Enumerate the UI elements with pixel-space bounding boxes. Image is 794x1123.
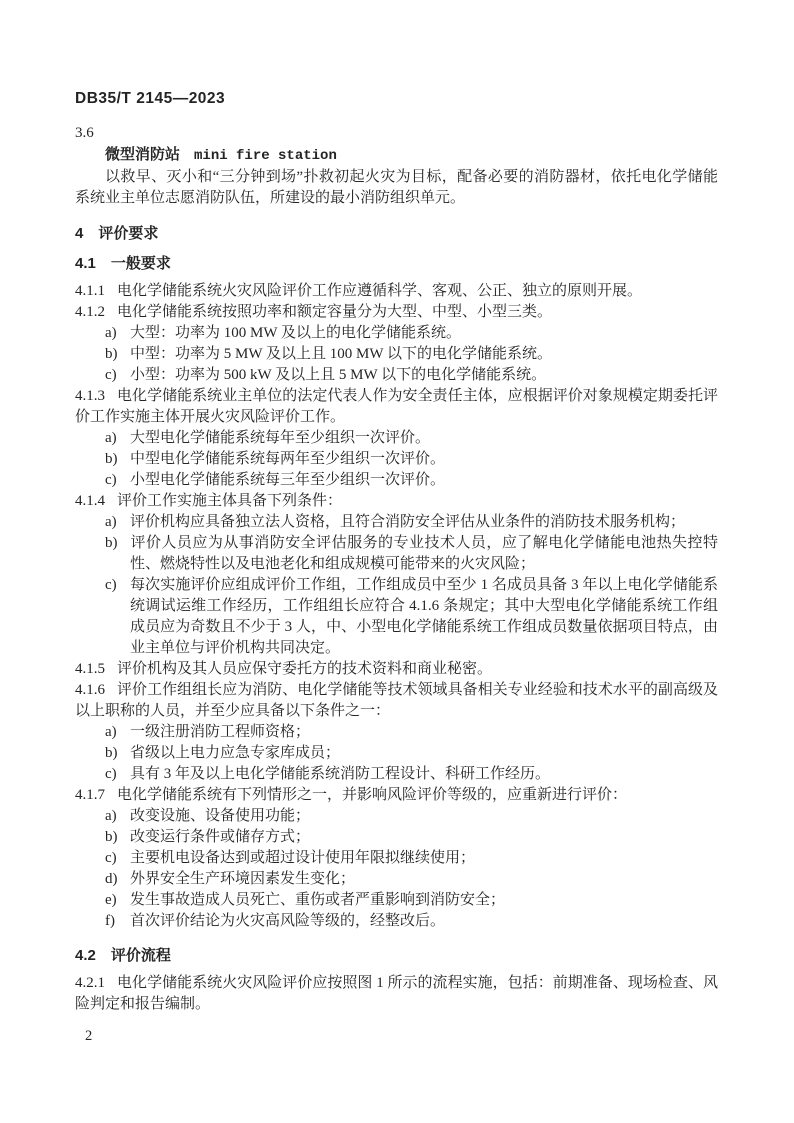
clause-number: 4.1.2 <box>75 304 105 320</box>
item-letter: f) <box>105 911 130 932</box>
term-definition: 以救早、灭小和“三分钟到场”扑救初起火灾为目标，配备必要的消防器材，依托电化学储… <box>75 167 718 209</box>
section-title: 评价流程 <box>111 947 171 964</box>
clause-text: 评价工作组组长应为消防、电化学储能等技术领域具备相关专业经验和技术水平的副高级及… <box>75 682 718 719</box>
item-text: 外界安全生产环境因素发生变化； <box>130 871 355 887</box>
item-letter: d) <box>105 869 130 890</box>
item-letter: b) <box>105 827 130 848</box>
clause-4-1-3: 4.1.3电化学储能系统业主单位的法定代表人作为安全责任主体，应根据评价对象规模… <box>75 386 718 428</box>
clause-number: 4.1.3 <box>75 388 105 404</box>
clause-number: 4.2.1 <box>75 975 105 991</box>
list-item: b)中型电化学储能系统每两年至少组织一次评价。 <box>75 449 718 470</box>
clause-4-1-2: 4.1.2电化学储能系统按照功率和额定容量分为大型、中型、小型三类。 <box>75 302 718 323</box>
clause-4-1-4: 4.1.4评价工作实施主体具备下列条件： <box>75 491 718 512</box>
item-letter: a) <box>105 428 130 449</box>
document-page: DB35/T 2145—2023 3.6 微型消防站mini fire stat… <box>0 0 794 1123</box>
item-text: 具有 3 年及以上电化学储能系统消防工程设计、科研工作经历。 <box>130 766 550 782</box>
item-text: 主要机电设备达到或超过设计使用年限拟继续使用； <box>130 850 475 866</box>
standard-number-header: DB35/T 2145—2023 <box>75 88 718 109</box>
section-heading-4-1: 4.1一般要求 <box>75 253 718 274</box>
clause-4-1-1: 4.1.1电化学储能系统火灾风险评价工作应遵循科学、客观、公正、独立的原则开展。 <box>75 281 718 302</box>
item-letter: a) <box>105 806 130 827</box>
clause-text: 电化学储能系统火灾风险评价应按照图 1 所示的流程实施，包括：前期准备、现场检查… <box>75 975 718 1012</box>
item-text: 发生事故造成人员死亡、重伤或者严重影响到消防安全； <box>130 892 505 908</box>
clause-text: 电化学储能系统火灾风险评价工作应遵循科学、客观、公正、独立的原则开展。 <box>117 283 642 299</box>
item-letter: c) <box>105 470 130 491</box>
section-title: 评价要求 <box>98 225 158 242</box>
item-text: 大型：功率为 100 MW 及以上的电化学储能系统。 <box>130 325 461 341</box>
term-name-cn: 微型消防站 <box>105 146 180 163</box>
item-text: 首次评价结论为火灾高风险等级的，经整改后。 <box>130 913 445 929</box>
item-letter: a) <box>105 323 130 344</box>
clause-number: 4.1.5 <box>75 661 105 677</box>
list-item: a)评价机构应具备独立法人资格，且符合消防安全评估从业条件的消防技术服务机构； <box>75 512 718 533</box>
item-text: 一级注册消防工程师资格； <box>130 724 310 740</box>
item-letter: a) <box>105 722 130 743</box>
item-text: 中型：功率为 5 MW 及以上且 100 MW 以下的电化学储能系统。 <box>130 346 552 362</box>
list-item: c)每次实施评价应组成评价工作组，工作组成员中至少 1 名成员具备 3 年以上电… <box>75 575 718 659</box>
list-item: b)改变运行条件或储存方式； <box>75 827 718 848</box>
item-letter: a) <box>105 512 130 533</box>
clause-4-1-5: 4.1.5评价机构及其人员应保守委托方的技术资料和商业秘密。 <box>75 659 718 680</box>
list-item: c)小型电化学储能系统每三年至少组织一次评价。 <box>75 470 718 491</box>
list-item: e)发生事故造成人员死亡、重伤或者严重影响到消防安全； <box>75 890 718 911</box>
list-item: b)评价人员应为从事消防安全评估服务的专业技术人员，应了解电化学储能电池热失控特… <box>75 533 718 575</box>
clause-text: 电化学储能系统业主单位的法定代表人作为安全责任主体，应根据评价对象规模定期委托评… <box>75 388 718 425</box>
list-item: a)改变设施、设备使用功能； <box>75 806 718 827</box>
list-item: b)中型：功率为 5 MW 及以上且 100 MW 以下的电化学储能系统。 <box>75 344 718 365</box>
list-item: a)大型：功率为 100 MW 及以上的电化学储能系统。 <box>75 323 718 344</box>
section-title: 一般要求 <box>111 255 171 272</box>
clause-text: 电化学储能系统按照功率和额定容量分为大型、中型、小型三类。 <box>117 304 552 320</box>
item-text: 改变运行条件或储存方式； <box>130 829 310 845</box>
item-letter: c) <box>105 365 130 386</box>
list-item: a)一级注册消防工程师资格； <box>75 722 718 743</box>
term-name-en: mini fire station <box>194 148 337 164</box>
list-item: d)外界安全生产环境因素发生变化； <box>75 869 718 890</box>
list-item: a)大型电化学储能系统每年至少组织一次评价。 <box>75 428 718 449</box>
item-letter: b) <box>105 743 130 764</box>
clause-4-1-7: 4.1.7电化学储能系统有下列情形之一，并影响风险评价等级的，应重新进行评价： <box>75 785 718 806</box>
item-text: 小型电化学储能系统每三年至少组织一次评价。 <box>130 472 445 488</box>
list-item: c)主要机电设备达到或超过设计使用年限拟继续使用； <box>75 848 718 869</box>
section-number: 4.1 <box>75 255 96 272</box>
item-text: 评价人员应为从事消防安全评估服务的专业技术人员，应了解电化学储能电池热失控特性、… <box>130 535 718 572</box>
clause-number: 4.1.6 <box>75 682 105 698</box>
page-body: DB35/T 2145—2023 3.6 微型消防站mini fire stat… <box>0 0 794 1015</box>
item-text: 中型电化学储能系统每两年至少组织一次评价。 <box>130 451 445 467</box>
section-heading-4-2: 4.2评价流程 <box>75 945 718 966</box>
item-text: 每次实施评价应组成评价工作组，工作组成员中至少 1 名成员具备 3 年以上电化学… <box>130 577 718 656</box>
item-text: 大型电化学储能系统每年至少组织一次评价。 <box>130 430 430 446</box>
item-letter: b) <box>105 533 130 554</box>
list-item: f)首次评价结论为火灾高风险等级的，经整改后。 <box>75 911 718 932</box>
clause-number: 4.1.4 <box>75 493 105 509</box>
item-letter: b) <box>105 344 130 365</box>
clause-number: 4.1.7 <box>75 787 105 803</box>
section-number: 4.2 <box>75 947 96 964</box>
clause-text: 评价机构及其人员应保守委托方的技术资料和商业秘密。 <box>117 661 492 677</box>
item-letter: c) <box>105 575 130 596</box>
clause-text: 评价工作实施主体具备下列条件： <box>117 493 342 509</box>
term-title: 微型消防站mini fire station <box>75 144 718 167</box>
list-item: c)具有 3 年及以上电化学储能系统消防工程设计、科研工作经历。 <box>75 764 718 785</box>
item-letter: e) <box>105 890 130 911</box>
list-item: c)小型：功率为 500 kW 及以上且 5 MW 以下的电化学储能系统。 <box>75 365 718 386</box>
item-letter: c) <box>105 764 130 785</box>
item-text: 评价机构应具备独立法人资格，且符合消防安全评估从业条件的消防技术服务机构； <box>130 514 685 530</box>
item-text: 小型：功率为 500 kW 及以上且 5 MW 以下的电化学储能系统。 <box>130 367 546 383</box>
term-clause-number: 3.6 <box>75 123 718 144</box>
item-letter: c) <box>105 848 130 869</box>
clause-4-2-1: 4.2.1电化学储能系统火灾风险评价应按照图 1 所示的流程实施，包括：前期准备… <box>75 973 718 1015</box>
section-number: 4 <box>75 225 83 242</box>
clause-4-1-6: 4.1.6评价工作组组长应为消防、电化学储能等技术领域具备相关专业经验和技术水平… <box>75 680 718 722</box>
page-number: 2 <box>85 1026 92 1047</box>
item-text: 改变设施、设备使用功能； <box>130 808 310 824</box>
item-letter: b) <box>105 449 130 470</box>
item-text: 省级以上电力应急专家库成员； <box>130 745 340 761</box>
clause-number: 4.1.1 <box>75 283 105 299</box>
section-heading-4: 4评价要求 <box>75 223 718 244</box>
list-item: b)省级以上电力应急专家库成员； <box>75 743 718 764</box>
clause-text: 电化学储能系统有下列情形之一，并影响风险评价等级的，应重新进行评价： <box>117 787 627 803</box>
